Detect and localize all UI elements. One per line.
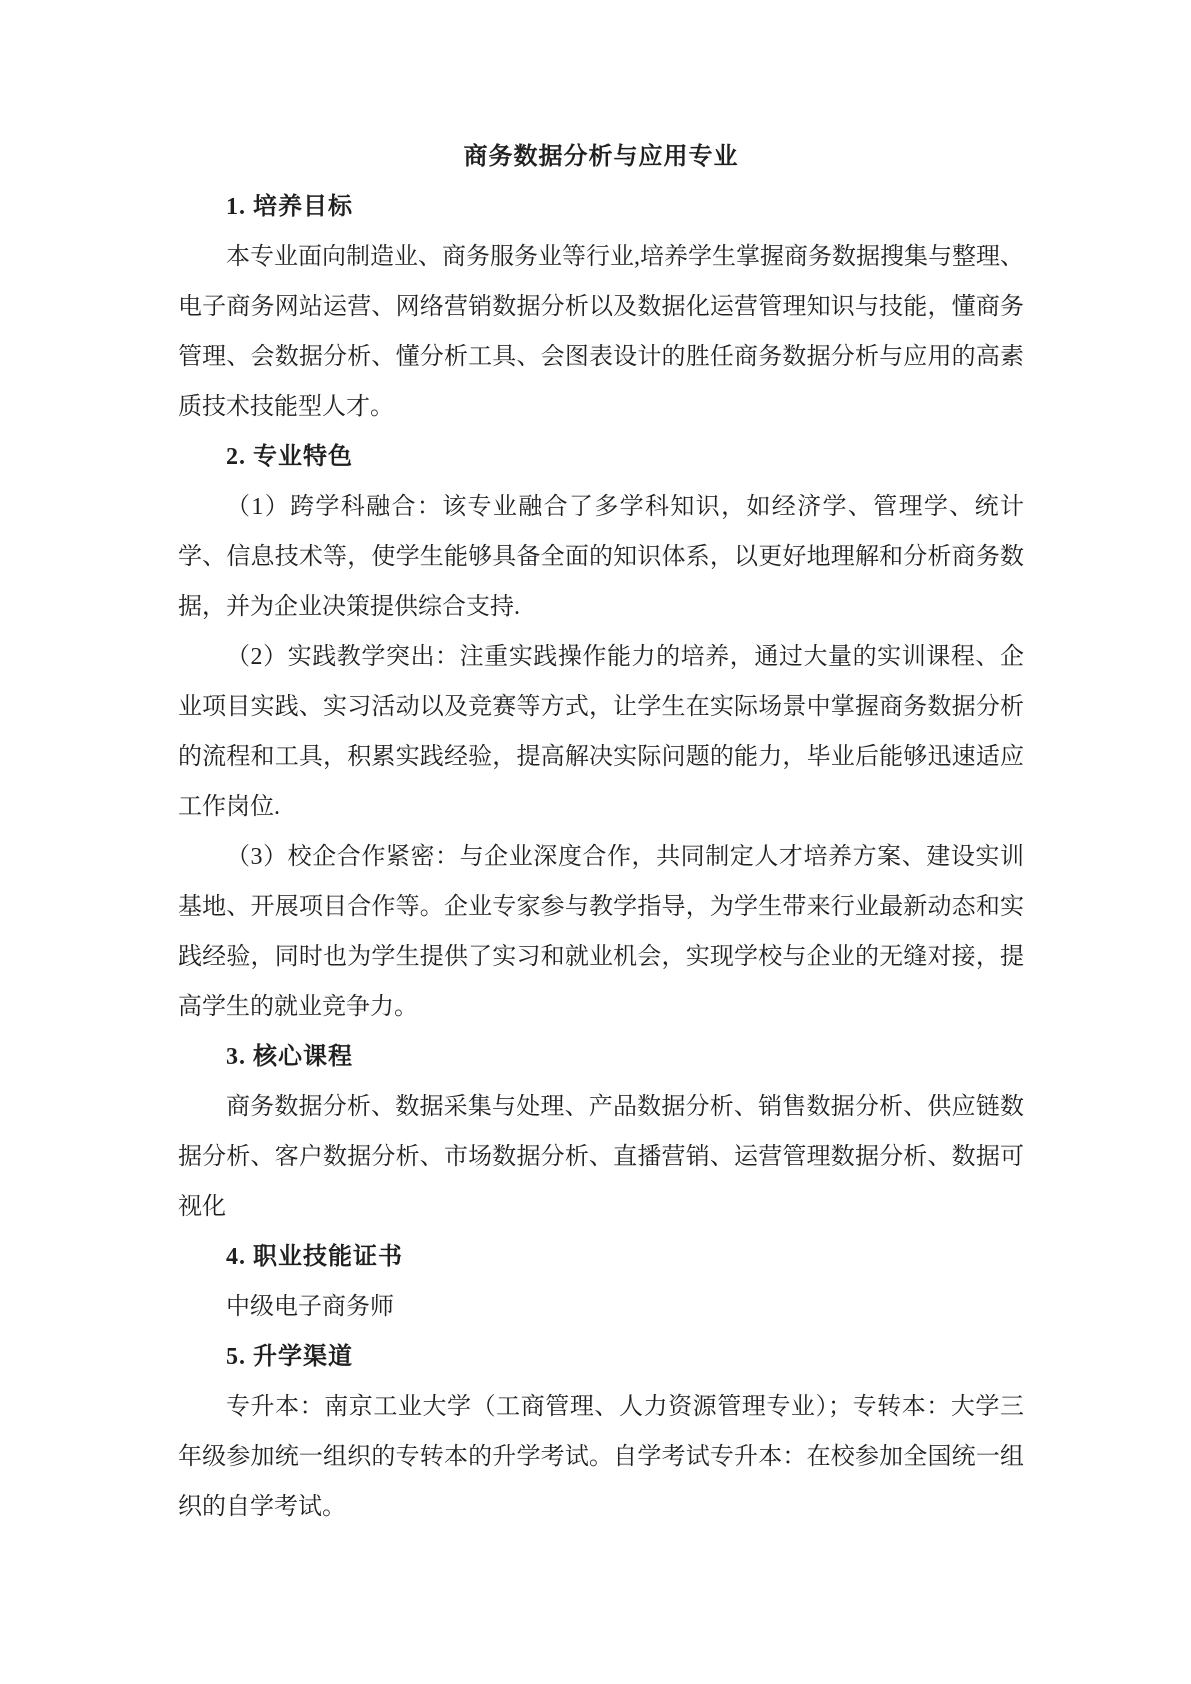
section-vocational-certificates: 4. 职业技能证书 中级电子商务师: [178, 1232, 1024, 1332]
paragraph-training-objectives: 本专业面向制造业、商务服务业等行业,培养学生掌握商务数据搜集与整理、电子商务网站…: [178, 232, 1024, 432]
section-heading-vocational-certificates: 4. 职业技能证书: [178, 1232, 1024, 1282]
section-heading-major-features: 2. 专业特色: [178, 432, 1024, 482]
document-page: 商务数据分析与应用专业 1. 培养目标 本专业面向制造业、商务服务业等行业,培养…: [0, 0, 1191, 1684]
section-heading-core-courses: 3. 核心课程: [178, 1032, 1024, 1082]
section-heading-further-education: 5. 升学渠道: [178, 1332, 1024, 1382]
paragraph-further-education: 专升本：南京工业大学（工商管理、人力资源管理专业）；专转本：大学三年级参加统一组…: [178, 1382, 1024, 1532]
section-major-features: 2. 专业特色 （1）跨学科融合：该专业融合了多学科知识，如经济学、管理学、统计…: [178, 432, 1024, 1032]
paragraph-vocational-certificates: 中级电子商务师: [178, 1282, 1024, 1332]
paragraph-feature-practical-teaching: （2）实践教学突出：注重实践操作能力的培养，通过大量的实训课程、企业项目实践、实…: [178, 632, 1024, 832]
section-training-objectives: 1. 培养目标 本专业面向制造业、商务服务业等行业,培养学生掌握商务数据搜集与整…: [178, 182, 1024, 432]
document-title: 商务数据分析与应用专业: [178, 132, 1024, 182]
section-core-courses: 3. 核心课程 商务数据分析、数据采集与处理、产品数据分析、销售数据分析、供应链…: [178, 1032, 1024, 1232]
paragraph-core-courses: 商务数据分析、数据采集与处理、产品数据分析、销售数据分析、供应链数据分析、客户数…: [178, 1082, 1024, 1232]
section-heading-training-objectives: 1. 培养目标: [178, 182, 1024, 232]
section-further-education: 5. 升学渠道 专升本：南京工业大学（工商管理、人力资源管理专业）；专转本：大学…: [178, 1332, 1024, 1532]
paragraph-feature-interdisciplinary: （1）跨学科融合：该专业融合了多学科知识，如经济学、管理学、统计学、信息技术等，…: [178, 482, 1024, 632]
paragraph-feature-school-enterprise: （3）校企合作紧密：与企业深度合作，共同制定人才培养方案、建设实训基地、开展项目…: [178, 832, 1024, 1032]
